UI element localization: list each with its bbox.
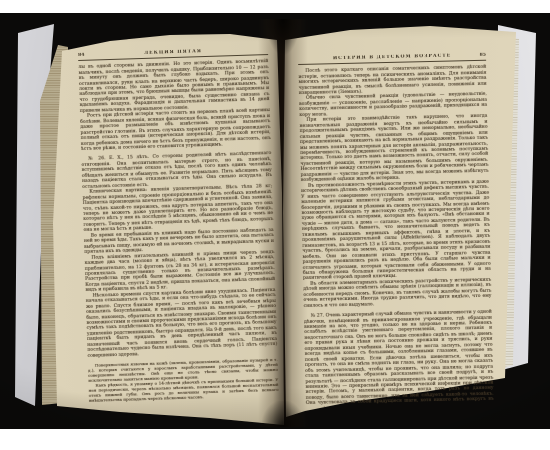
paragraph: Подъ вліяніемъ питательныхъ вливаній и п… — [84, 250, 275, 294]
left-head-spacer — [252, 50, 268, 51]
paragraph: № 27. Очень характерный случай обмана чу… — [304, 310, 494, 407]
photo-margin-top — [0, 0, 550, 13]
right-paragraphs: Послѣ этого краткаго описанія соматическ… — [298, 65, 494, 407]
paragraph: Клиническая картина: явленія удовлетвори… — [82, 184, 273, 234]
left-page-number: 84 — [78, 52, 94, 58]
right-page-number: 85 — [470, 53, 486, 58]
left-paragraphs: лы въ одной стороны въ движеніи. Но это … — [78, 59, 279, 403]
photo-area: 84 ЛЕКЦИЯ ПЯТАЯ лы въ одной стороны въ д… — [0, 13, 550, 429]
right-page-text: ИСТЕРИЯ В ДЕТСКОМ ВОЗРАСТЕ 85 Послѣ этог… — [298, 53, 494, 407]
photo-margin-bottom — [0, 429, 550, 450]
paragraph: Какъ рѣдкость, я упомяну о 14-лѣтней дѣв… — [88, 378, 279, 404]
paragraph: Нѣсколько времени спустя картина болѣзни… — [86, 288, 278, 359]
paragraph: Въ области элементарныхъ психическихъ ра… — [303, 278, 492, 310]
paragraph: лы въ одной стороны въ движеніи. Но это … — [78, 59, 269, 114]
left-page-text: 84 ЛЕКЦИЯ ПЯТАЯ лы въ одной стороны въ д… — [78, 47, 279, 409]
paragraph: Ростъ при дѣтской истеріи часто стоитъ н… — [80, 108, 271, 152]
paragraph: Въ противоположность чрезмѣрности этихъ … — [301, 179, 491, 281]
book-photo-screenshot: 84 ЛЕКЦИЯ ПЯТАЯ лы въ одной стороны въ д… — [0, 0, 550, 450]
paragraph: При истеріи это взаимодѣйствіе такъ нару… — [299, 114, 488, 184]
